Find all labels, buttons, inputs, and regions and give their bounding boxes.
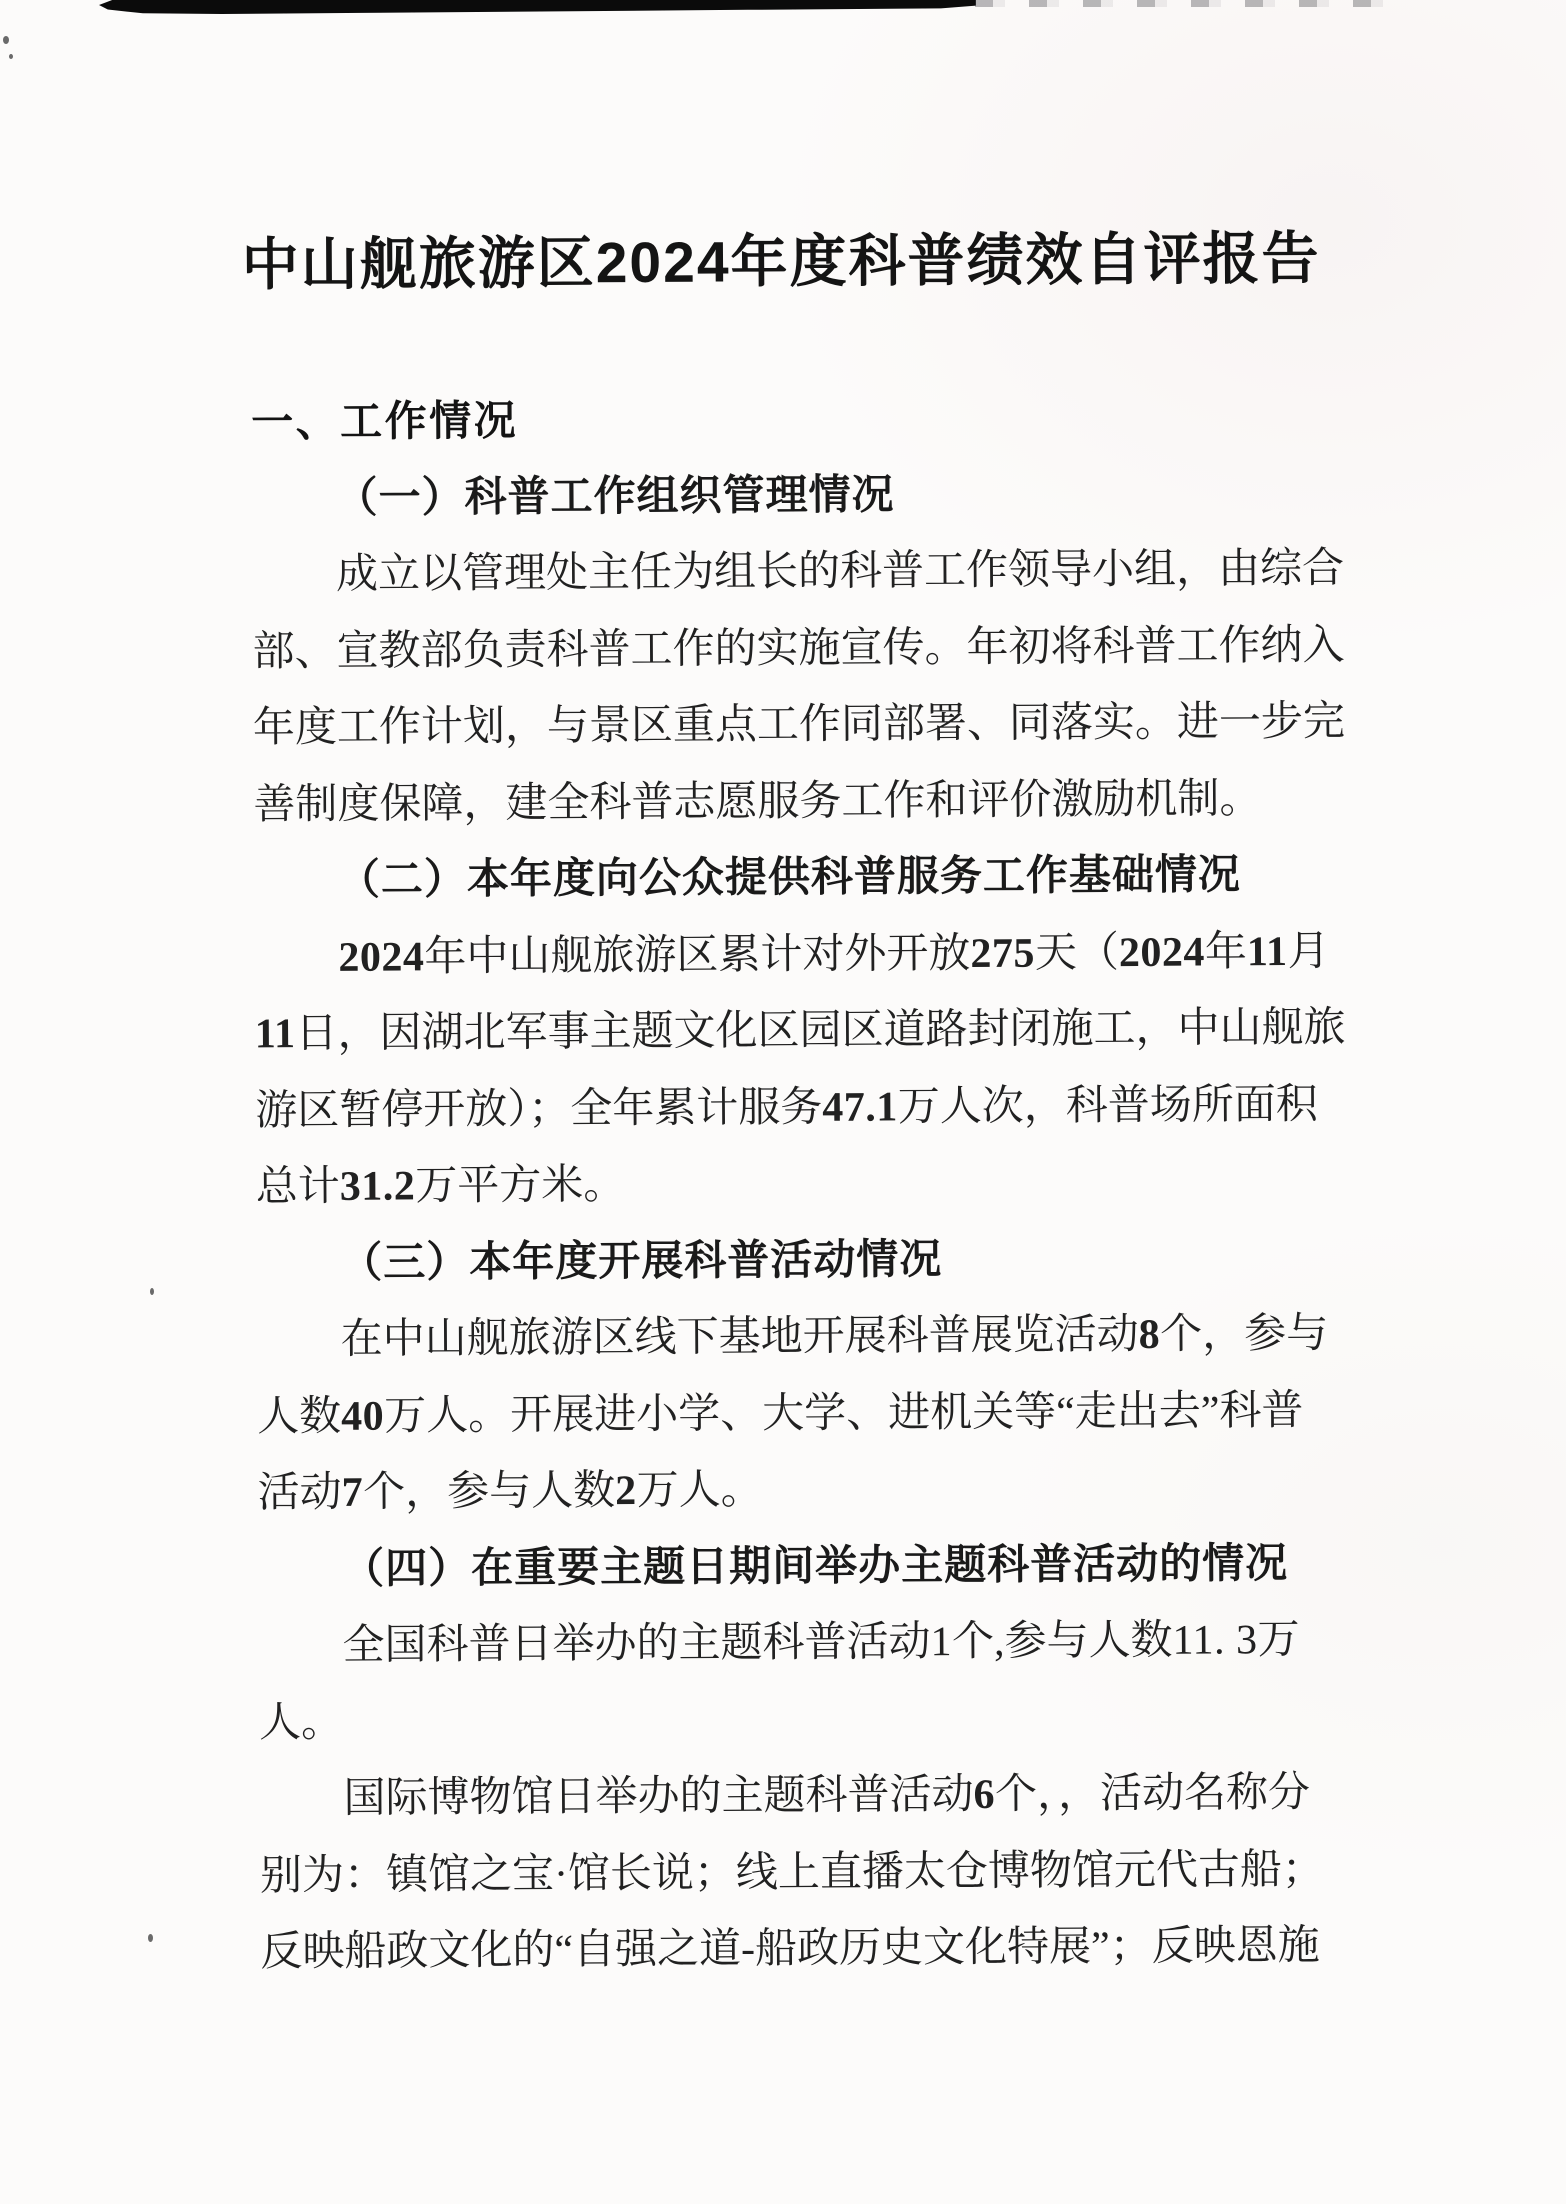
cjk-text: 个，参与 [1160, 1311, 1328, 1358]
numeric-text: 47.1 [822, 1084, 898, 1130]
cjk-text: 年中山舰旅游区累计对外开放 [424, 930, 970, 979]
cjk-text: 个，，活动名称分 [995, 1770, 1310, 1818]
cjk-text: 人数 [257, 1393, 341, 1440]
cjk-text: 个,参与人数 [952, 1618, 1173, 1665]
cjk-text: 善制度保障，建全科普志愿服务工作和评价激励机制。 [253, 776, 1261, 828]
cjk-text: 活动 [258, 1470, 342, 1517]
numeric-text: 275 [970, 930, 1035, 976]
cjk-text: （二）本年度向公众提供科普服务工作基础情况 [338, 852, 1241, 904]
document-line-flush: 人。 [259, 1678, 1357, 1761]
cjk-text: 日，因湖北军事主题文化区园区道路封闭施工，中山舰旅 [295, 1005, 1345, 1057]
cjk-text: 成立以管理处主任为组长的科普工作领导小组，由综合 [336, 546, 1344, 598]
cjk-text: 人。 [259, 1699, 343, 1746]
numeric-text: 2 [615, 1468, 637, 1514]
document-line-flush: 11日，因湖北军事主题文化区园区道路封闭施工，中山舰旅 [255, 990, 1353, 1073]
document-line-indent: 全国科普日举办的主题科普活动1个,参与人数11. 3万 [258, 1602, 1356, 1685]
scan-speck [150, 1288, 154, 1295]
cjk-text: 万人次，科普场所面积 [898, 1081, 1318, 1130]
numeric-text: 31.2 [340, 1163, 416, 1209]
document-line-indent: 国际博物馆日举办的主题科普活动6个，，活动名称分 [259, 1755, 1357, 1838]
cjk-text: 国际博物馆日举办的主题科普活动 [343, 1772, 973, 1822]
numeric-text: 2024 [338, 934, 424, 981]
cjk-text: 万 [1257, 1617, 1299, 1663]
cjk-text: （一）科普工作组织管理情况 [335, 472, 894, 521]
cjk-text: 反映船政文化的“自强之道-船政历史文化特展”；反映恩施 [260, 1923, 1320, 1975]
cjk-text: （三）本年度开展科普活动情况 [340, 1237, 942, 1287]
document-body: 一、工作情况（一）科普工作组织管理情况成立以管理处主任为组长的科普工作领导小组，… [251, 378, 1359, 1991]
numeric-text: 40 [341, 1393, 384, 1439]
scan-speck [3, 36, 9, 44]
document-line-flush: 别为：镇馆之宝·馆长说；线上直播太仓博物馆元代古船； [260, 1831, 1358, 1914]
cjk-text: 月 [1287, 928, 1329, 974]
cjk-text: 游区暂停开放）；全年累计服务 [255, 1084, 822, 1133]
document-line-h2: （四）在重要主题日期间举办主题科普活动的情况 [258, 1525, 1356, 1608]
cjk-text: 年 [1205, 929, 1247, 975]
numeric-text: 11 [255, 1011, 296, 1057]
cjk-text: 年度工作计划，与景区重点工作同部署、同落实。进一步完 [253, 699, 1345, 752]
cjk-text: 一、工作情况 [251, 397, 518, 446]
document-line-h1: 一、工作情况 [251, 378, 1349, 461]
document-line-indent: 2024年中山舰旅游区累计对外开放275天（2024年11月 [254, 913, 1352, 996]
numeric-text: 2024 [1119, 929, 1205, 976]
cjk-text: 别为：镇馆之宝·馆长说；线上直播太仓博物馆元代古船； [260, 1846, 1324, 1898]
cjk-text: 在中山舰旅游区线下基地开展科普展览活动 [341, 1312, 1139, 1363]
document-line-flush: 部、宣教部负责科普工作的实施宣传。年初将科普工作纳入 [252, 607, 1350, 690]
document-line-h2: （一）科普工作组织管理情况 [251, 454, 1349, 537]
cjk-text: 万人。开展进小学、大学、进机关等“走出去”科普 [384, 1387, 1304, 1439]
numeric-text: 7 [342, 1470, 364, 1516]
numeric-text: 6 [973, 1772, 995, 1818]
numeric-text: 11. 3 [1172, 1617, 1257, 1664]
cjk-text: 总计 [256, 1164, 340, 1211]
cjk-text: 全国科普日举办的主题科普活动 [342, 1619, 930, 1669]
numeric-text: 8 [1139, 1312, 1161, 1358]
document-line-flush: 活动7个，参与人数2万人。 [257, 1449, 1355, 1532]
cjk-text: 万平方米。 [415, 1162, 625, 1209]
document-page: 中山舰旅游区2024年度科普绩效自评报告 一、工作情况（一）科普工作组织管理情况… [0, 0, 1566, 2204]
document-line-flush: 总计31.2万平方米。 [256, 1143, 1354, 1226]
document-title: 中山舰旅游区2024年度科普绩效自评报告 [232, 219, 1330, 306]
cjk-text: （四）在重要主题日期间举办主题科普活动的情况 [342, 1541, 1288, 1593]
cjk-text: 万人。 [637, 1467, 763, 1514]
document-line-flush: 游区暂停开放）；全年累计服务47.1万人次，科普场所面积 [255, 1066, 1353, 1149]
cjk-text: 天（ [1035, 930, 1119, 977]
document-line-h2: （三）本年度开展科普活动情况 [256, 1219, 1354, 1302]
cjk-text: 部、宣教部负责科普工作的实施宣传。年初将科普工作纳入 [252, 622, 1344, 675]
document-content: 中山舰旅游区2024年度科普绩效自评报告 一、工作情况（一）科普工作组织管理情况… [249, 0, 1359, 1991]
numeric-text: 1 [930, 1619, 952, 1665]
cjk-text: 个，参与人数 [363, 1468, 615, 1516]
document-line-flush: 反映船政文化的“自强之道-船政历史文化特展”；反映恩施 [260, 1908, 1358, 1991]
numeric-text: 11 [1247, 929, 1288, 975]
document-line-indent: 在中山舰旅游区线下基地开展科普展览活动8个，参与 [256, 1296, 1354, 1379]
document-line-flush: 善制度保障，建全科普志愿服务工作和评价激励机制。 [253, 760, 1351, 843]
document-line-flush: 人数40万人。开展进小学、大学、进机关等“走出去”科普 [257, 1372, 1355, 1455]
document-line-h2: （二）本年度向公众提供科普服务工作基础情况 [254, 837, 1352, 920]
scan-speck [148, 1934, 153, 1942]
document-line-flush: 年度工作计划，与景区重点工作同部署、同落实。进一步完 [253, 684, 1351, 767]
scan-speck [9, 54, 13, 59]
document-line-indent: 成立以管理处主任为组长的科普工作领导小组，由综合 [252, 531, 1350, 614]
